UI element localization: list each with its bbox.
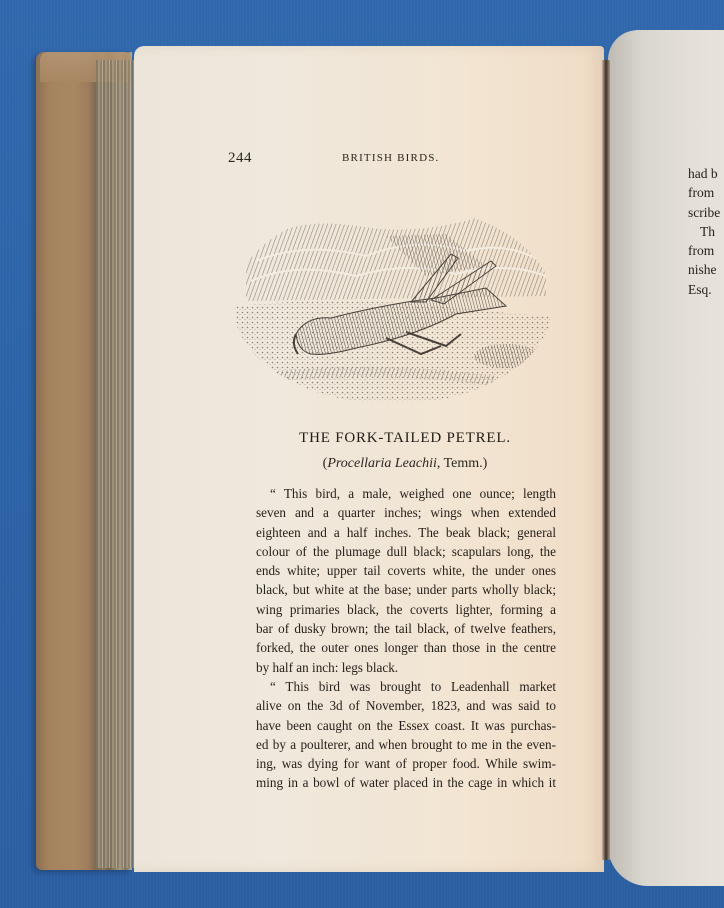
text-line: ing, was dying for want of proper food. … (256, 754, 556, 773)
species-subtitle: (Procellaria Leachii, Temm.) (240, 456, 570, 472)
text-line: Esq. (688, 280, 724, 299)
text-line: black, but white at the base; under part… (256, 580, 556, 599)
text-line: had b (688, 164, 724, 183)
text-line: by half an inch: legs black. (256, 658, 556, 677)
page-edges (96, 60, 136, 868)
latin-name: Procellaria Leachii (327, 456, 437, 471)
running-head-title: BRITISH BIRDS. (342, 152, 439, 164)
paragraph-capture: “ This bird was brought to Leadenhall ma… (256, 677, 556, 793)
text-line: nishe (688, 260, 724, 279)
species-title: THE FORK-TAILED PETREL. (240, 430, 570, 447)
bird-illustration-icon (236, 206, 550, 402)
text-line: colour of the plumage dull black; scapul… (256, 542, 556, 561)
right-page-text: had b from scribe Th from nishe Esq. (688, 164, 724, 299)
body-text: “ This bird, a male, weighed one ounce; … (256, 484, 556, 793)
right-page (608, 30, 724, 886)
text-line: ends white; upper tail coverts white, th… (256, 561, 556, 580)
text-line: seven and a quarter inches; wings when e… (256, 503, 556, 522)
text-line: Th (688, 222, 724, 241)
text-line: alive on the 3d of November, 1823, and w… (256, 696, 556, 715)
text-line: scribe (688, 203, 724, 222)
text-line: from (688, 241, 724, 260)
paragraph-description: “ This bird, a male, weighed one ounce; … (256, 484, 556, 677)
text-line: “ This bird, a male, weighed one ounce; … (256, 484, 556, 503)
subtitle-authority: , Temm.) (437, 456, 487, 471)
running-head: 244 BRITISH BIRDS. (228, 150, 548, 170)
text-line: ed by a poulterer, and when brought to m… (256, 735, 556, 754)
text-line: eighteen and a half inches. The beak bla… (256, 523, 556, 542)
text-line: bar of dusky brown; the tail black, of t… (256, 619, 556, 638)
text-line: forked, the outer ones longer than those… (256, 638, 556, 657)
text-line: wing primaries black, the coverts lighte… (256, 600, 556, 619)
text-line: have been caught on the Essex coast. It … (256, 716, 556, 735)
text-line: “ This bird was brought to Leadenhall ma… (256, 677, 556, 696)
petrel-engraving (236, 206, 550, 402)
text-line: from (688, 183, 724, 202)
gutter (602, 60, 610, 860)
page-number: 244 (228, 150, 252, 167)
text-line: ming in a bowl of water placed in the ca… (256, 773, 556, 792)
